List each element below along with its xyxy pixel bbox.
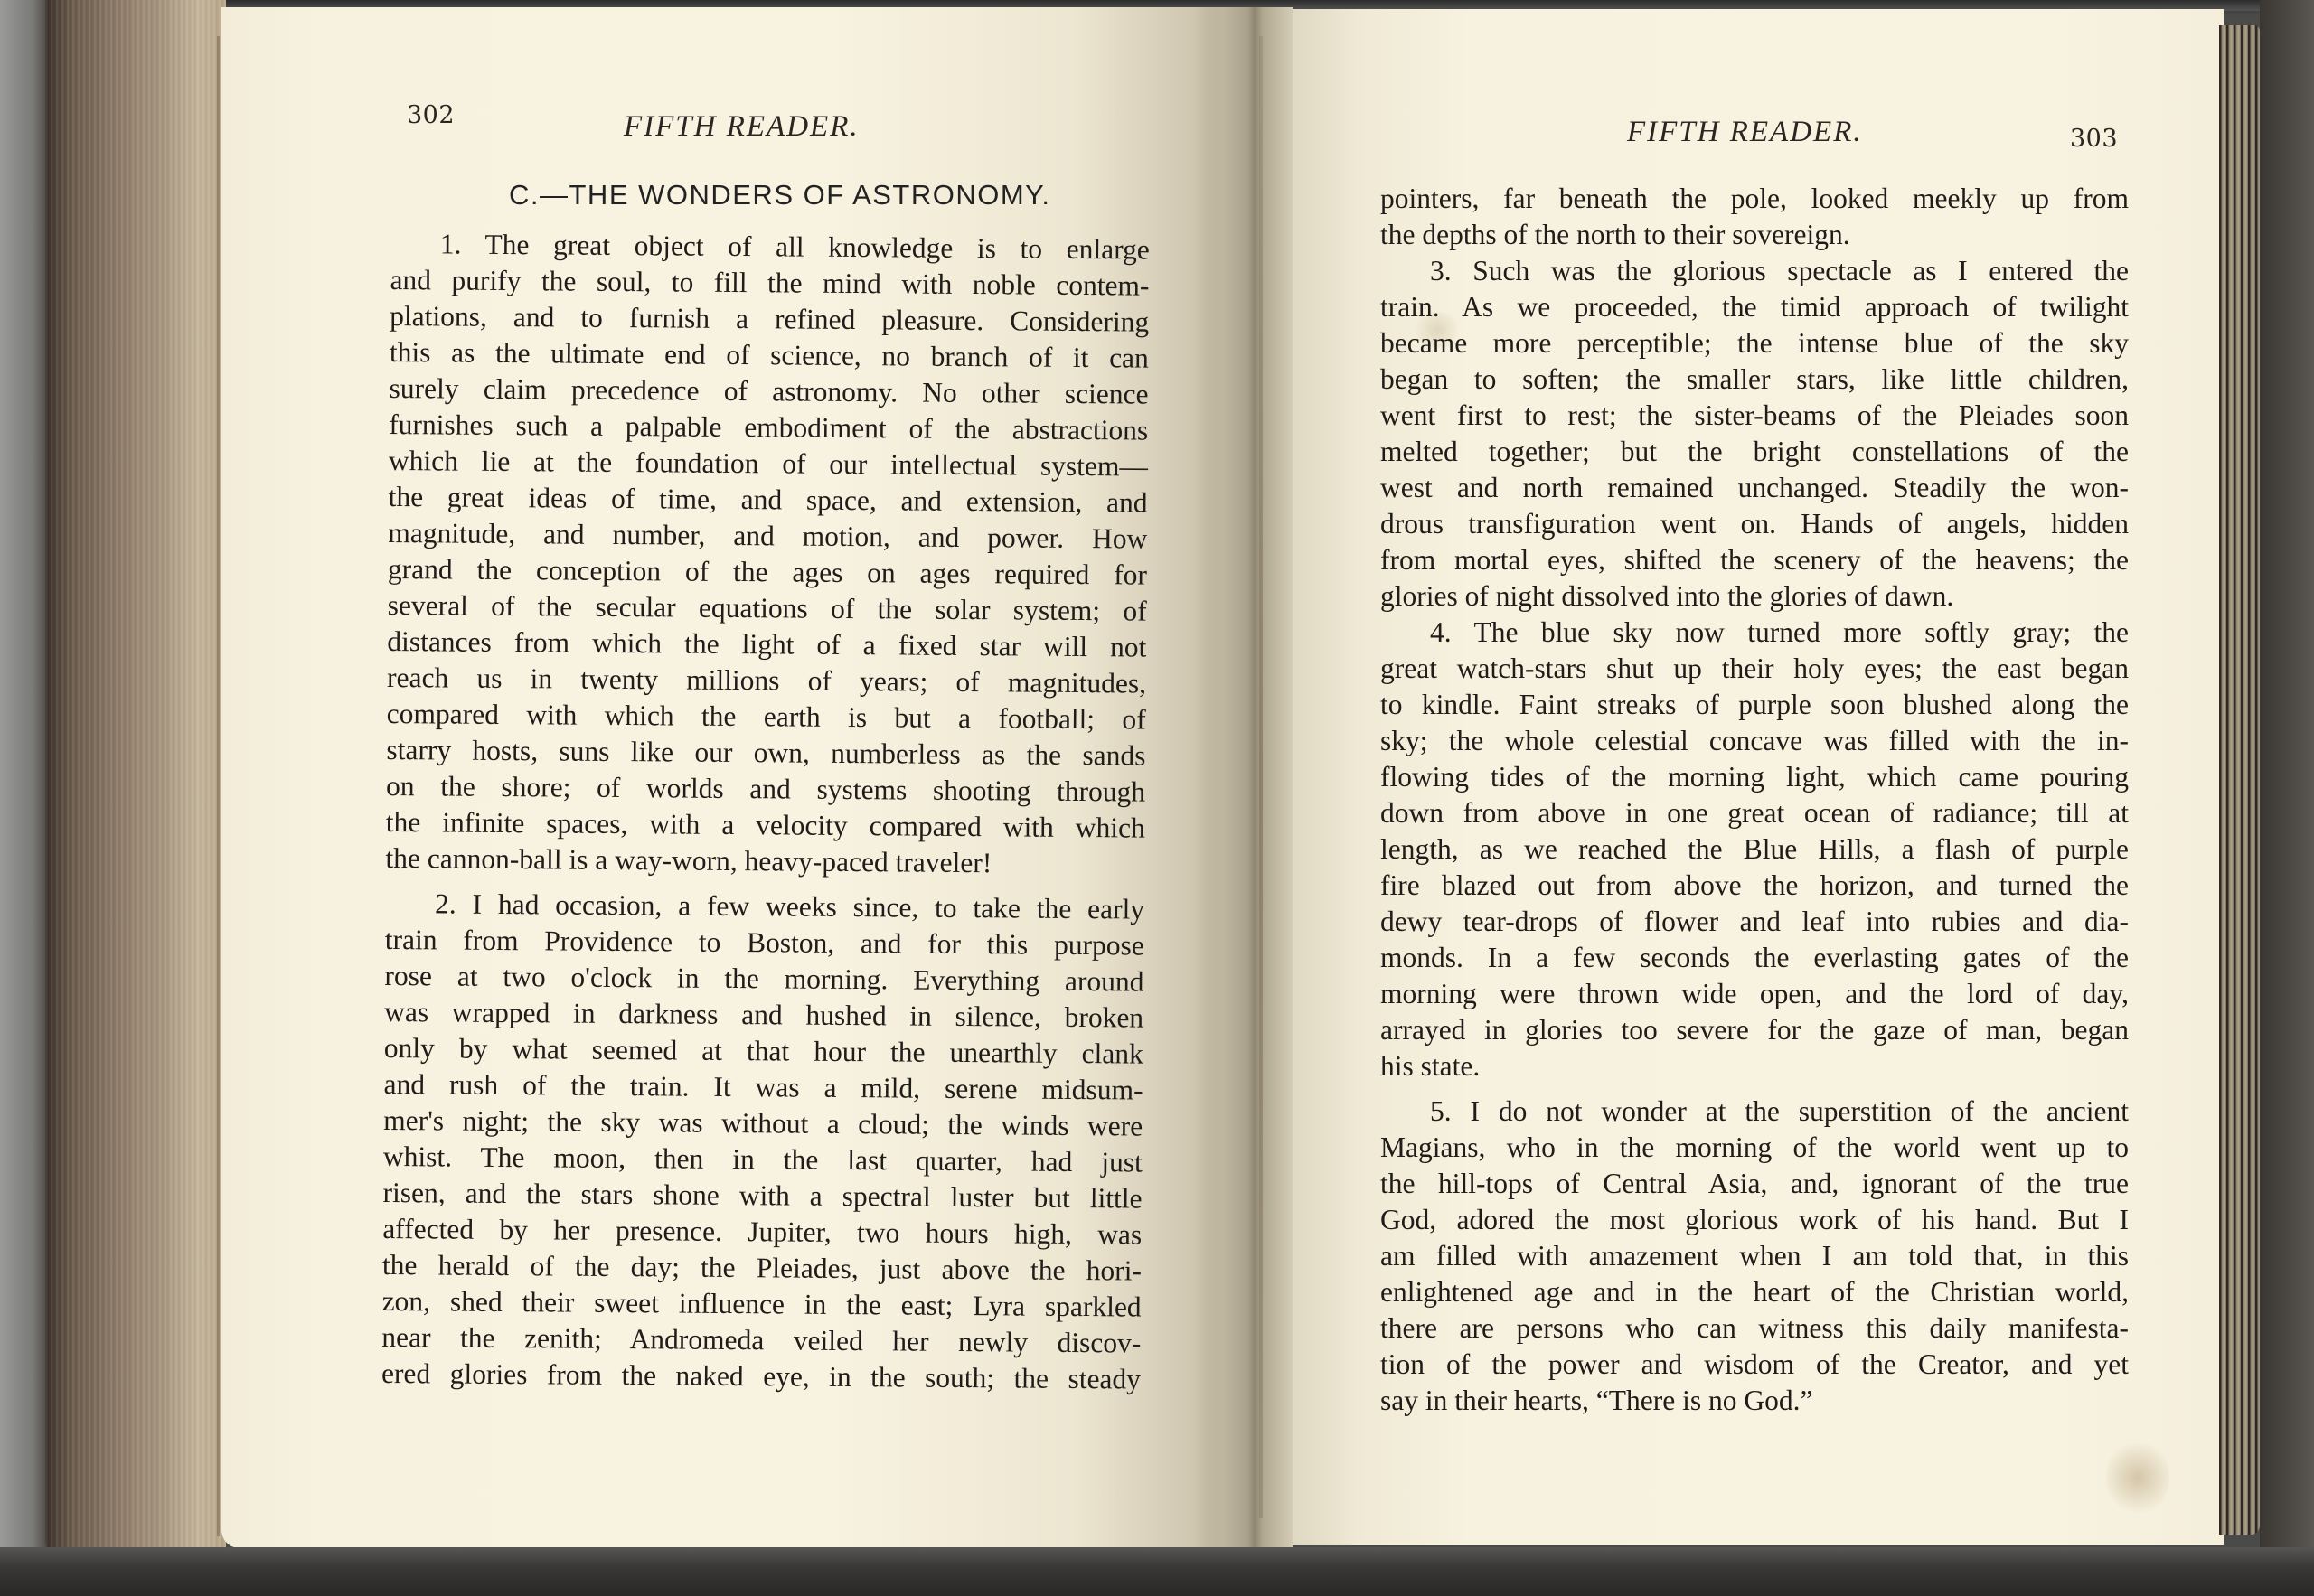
text-line: risen, and the stars shone with a spectr… [382,1175,1142,1217]
text-line: flowing tides of the morning light, whic… [1380,759,2129,795]
text-line: train from Providence to Boston, and for… [385,922,1144,964]
text-line: the great ideas of time, and space, and … [388,479,1147,521]
left-page-edges [45,0,226,1554]
text-line: zon, shed their sweet influence in the e… [381,1283,1141,1326]
text-line: plations, and to furnish a refined pleas… [390,298,1149,341]
text-line: only by what seemed at that hour the une… [384,1030,1143,1073]
text-line: enlightened age and in the heart of the … [1380,1274,2129,1310]
text-line: magnitude, and number, and motion, and p… [388,515,1147,558]
text-line: there are persons who can witness this d… [1380,1310,2129,1347]
text-line: 4. The blue sky now turned more softly g… [1380,615,2129,651]
page-number-right: 303 [2070,125,2118,153]
right-page-edges [2219,25,2260,1535]
text-line: down from above in one great ocean of ra… [1380,795,2129,831]
paper-stain [2106,1437,2169,1518]
text-line: became more perceptible; the intense blu… [1380,325,2129,361]
text-line: whist. The moon, then in the last quarte… [383,1139,1143,1181]
text-line: 3. Such was the glorious spectacle as I … [1380,253,2129,289]
text-line: morning were thrown wide open, and the l… [1380,976,2129,1012]
text-line: and rush of the train. It was a mild, se… [383,1066,1143,1109]
left-page-body: 1. The great object of all knowledge is … [381,226,1150,1398]
text-line: fire blazed out from above the horizon, … [1380,868,2129,904]
text-line: 1. The great object of all knowledge is … [390,226,1150,268]
text-line: melted together; but the bright constell… [1380,434,2129,470]
text-line: the depths of the north to their soverei… [1380,217,2129,253]
text-line: west and north remained unchanged. Stead… [1380,470,2129,506]
text-line: went first to rest; the sister-beams of … [1380,398,2129,434]
text-line: reach us in twenty millions of years; of… [387,660,1146,702]
right-page-body: pointers, far beneath the pole, looked m… [1380,181,2129,1419]
text-line: say in their hearts, “There is no God.” [1380,1383,2129,1419]
text-line: 5. I do not wonder at the superstition o… [1380,1094,2129,1130]
text-line: starry hosts, suns like our own, numberl… [386,732,1145,775]
paragraph-gap [1380,1084,2129,1094]
text-line: rose at two o'clock in the morning. Ever… [384,958,1143,1000]
text-line: near the zenith; Andromeda veiled her ne… [381,1319,1141,1362]
text-line: train. As we proceeded, the timid approa… [1380,289,2129,325]
left-page-edge-line [217,36,220,1536]
text-line: drous transfiguration went on. Hands of … [1380,506,2129,542]
text-line: and purify the soul, to fill the mind wi… [390,262,1149,305]
text-line: the herald of the day; the Pleiades, jus… [382,1247,1142,1290]
text-line: the cannon-ball is a way-worn, heavy-pac… [385,840,1144,883]
spine-gutter-shadow [1193,7,1293,1548]
book-photo-scene: 302 FIFTH READER. C.—THE WONDERS OF ASTR… [0,0,2314,1596]
text-line: on the shore; of worlds and systems shoo… [386,768,1145,811]
text-line: several of the secular equations of the … [388,587,1147,630]
table-background-right [2260,0,2314,1596]
text-line: dewy tear-drops of flower and leaf into … [1380,904,2129,940]
chapter-title: C.—THE WONDERS OF ASTRONOMY. [509,179,1050,211]
text-line: surely claim precedence of astronomy. No… [389,371,1148,413]
text-line: monds. In a few seconds the everlasting … [1380,940,2129,976]
bottom-shadow-band [0,1547,2314,1596]
text-line: began to soften; the smaller stars, like… [1380,361,2129,398]
text-line: 2. I had occasion, a few weeks since, to… [385,886,1144,928]
text-line: distances from which the light of a fixe… [387,624,1146,666]
text-line: arrayed in glories too severe for the ga… [1380,1012,2129,1048]
text-line: the infinite spaces, with a velocity com… [386,804,1145,847]
text-line: tion of the power and wisdom of the Crea… [1380,1347,2129,1383]
text-line: ered glories from the naked eye, in the … [381,1356,1141,1398]
spine-crease [1259,36,1263,1518]
text-line: pointers, far beneath the pole, looked m… [1380,181,2129,217]
text-line: compared with which the earth is but a f… [387,696,1146,738]
text-line: was wrapped in darkness and hushed in si… [384,994,1143,1037]
text-line: am filled with amazement when I am told … [1380,1238,2129,1274]
text-line: which lie at the foundation of our intel… [389,443,1148,485]
text-line: from mortal eyes, shifted the scenery of… [1380,542,2129,578]
text-line: his state. [1380,1048,2129,1084]
text-line: length, as we reached the Blue Hills, a … [1380,831,2129,868]
text-line: the hill-tops of Central Asia, and, igno… [1380,1166,2129,1202]
text-line: to kindle. Faint streaks of purple soon … [1380,687,2129,723]
text-line: grand the conception of the ages on ages… [388,551,1147,594]
text-line: this as the ultimate end of science, no … [390,334,1149,377]
text-line: Magians, who in the morning of the world… [1380,1130,2129,1166]
text-line: God, adored the most glorious work of hi… [1380,1202,2129,1238]
running-head-right: FIFTH READER. [1627,116,1863,149]
text-line: affected by her presence. Jupiter, two h… [382,1211,1142,1253]
running-head-left: FIFTH READER. [624,110,860,144]
page-number-left: 302 [407,101,455,129]
text-line: glories of night dissolved into the glor… [1380,578,2129,615]
text-line: great watch-stars shut up their holy eye… [1380,651,2129,687]
text-line: mer's night; the sky was without a cloud… [383,1103,1143,1145]
text-line: furnishes such a palpable embodiment of … [389,407,1148,449]
text-line: sky; the whole celestial concave was fil… [1380,723,2129,759]
